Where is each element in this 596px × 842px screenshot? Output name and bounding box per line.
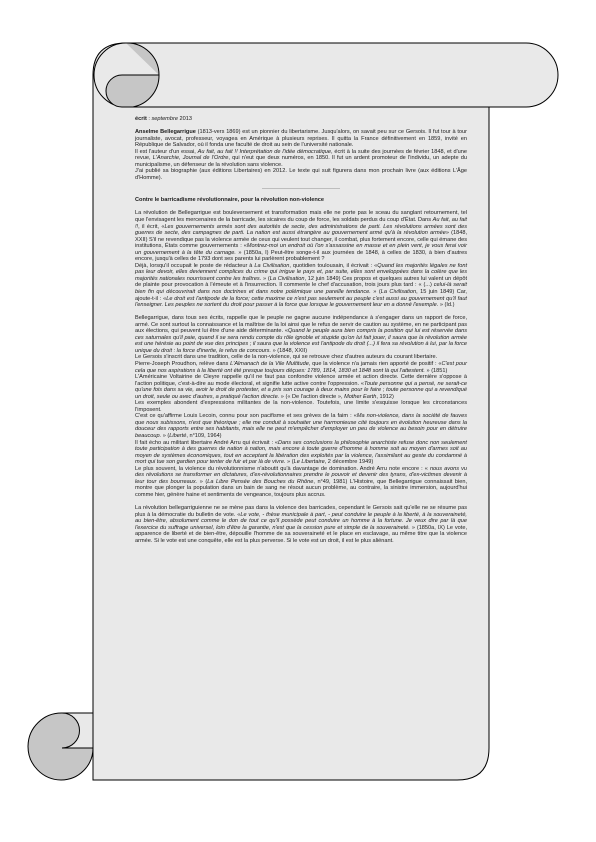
- article-paragraph: Pierre-Joseph Proudhon, relève dans L'Al…: [135, 361, 467, 374]
- top-roll: [94, 43, 558, 107]
- author-name: Anselme Bellegarrigue: [135, 129, 196, 135]
- article-paragraph: La révolution bellegarriguienne ne se mè…: [135, 505, 467, 544]
- intro-paragraph-1: Anselme Bellegarrigue (1813-vers 1869) e…: [135, 129, 467, 149]
- article-paragraph: L'Américaine Voltairine de Cleyre rappel…: [135, 374, 467, 400]
- article-paragraph: C'est ce qu'affirme Louis Lecoin, connu …: [135, 413, 467, 439]
- section-divider: [262, 188, 340, 189]
- intro-paragraph-3: J'ai publié sa biographie (aux éditions …: [135, 168, 467, 181]
- article-paragraph: Il fait écho au militant libertaire Andr…: [135, 440, 467, 466]
- article-paragraph: Les exemples abondent d'expressions mili…: [135, 400, 467, 413]
- article-paragraph: Bellegarrigue, dans tous ses écrits, rap…: [135, 315, 467, 354]
- intro-paragraph-2: Il est l'auteur d'un essai, Au fait, au …: [135, 149, 467, 169]
- article-paragraph: Le plus souvent, la violence du révoluti…: [135, 466, 467, 499]
- article-paragraph: Déjà, lorsqu'il occupait le poste de réd…: [135, 263, 467, 309]
- document-content: écrit : septembre 2013 Anselme Bellegarr…: [135, 116, 467, 544]
- article-paragraph: La révolution de Bellegarrigue est boule…: [135, 210, 467, 262]
